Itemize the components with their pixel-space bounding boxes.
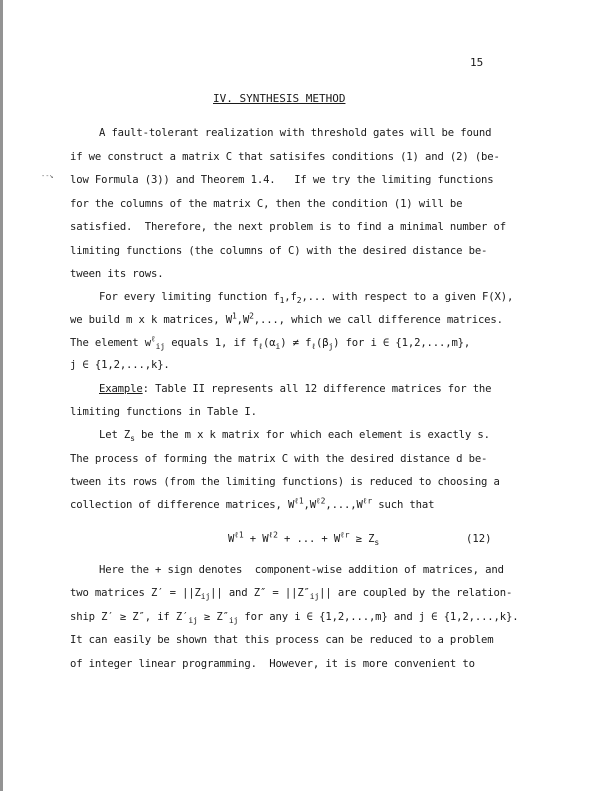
p1-line: if we construct a matrix C that satisife… xyxy=(70,151,500,163)
margin-arrow-mark: --↘ xyxy=(41,172,54,180)
example-line-2: limiting functions in Table I. xyxy=(70,406,257,418)
p2-line-2: we build m x k matrices, W1,W2,..., whic… xyxy=(70,314,503,326)
p1-line: limiting functions (the columns of C) wi… xyxy=(70,245,487,257)
p2-line-3: The element wℓij equals 1, if fℓ(αi) ≠ f… xyxy=(70,337,470,349)
p5-line-3: ship Z′ ≥ Z″, if Z′ij ≥ Z″ij for any i ∈… xyxy=(70,611,518,623)
equation-12: Wℓ1 + Wℓ2 + ... + Wℓr ≥ Zs xyxy=(228,533,379,545)
p1-line: tween its rows. xyxy=(70,268,163,280)
p4-line-4: collection of difference matrices, Wℓ1,W… xyxy=(70,499,434,511)
p5-line-1: Here the + sign denotes component-wise a… xyxy=(99,564,504,576)
example-label: Example xyxy=(99,383,143,395)
p4-line-3: tween its rows (from the limiting functi… xyxy=(70,476,500,488)
page-number: 15 xyxy=(470,56,483,69)
p1-line: for the columns of the matrix C, then th… xyxy=(70,198,462,210)
scan-edge xyxy=(0,0,3,791)
p4-line-2: The process of forming the matrix C with… xyxy=(70,453,487,465)
p5-line-4: It can easily be shown that this process… xyxy=(70,634,494,646)
example-line: Example: Table II represents all 12 diff… xyxy=(99,383,491,395)
p1-line: low Formula (3)) and Theorem 1.4. If we … xyxy=(70,174,494,186)
p1-line: A fault-tolerant realization with thresh… xyxy=(99,127,491,139)
p5-line-5: of integer linear programming. However, … xyxy=(70,658,475,670)
p2-line-4: j ∈ {1,2,...,k}. xyxy=(70,359,170,371)
section-heading: IV. SYNTHESIS METHOD xyxy=(213,92,345,105)
p2-line-1: For every limiting function f1,f2,... wi… xyxy=(99,291,513,303)
p4-line-1: Let Zs be the m x k matrix for which eac… xyxy=(99,429,490,441)
p1-line: satisfied. Therefore, the next problem i… xyxy=(70,221,506,233)
equation-number: (12) xyxy=(466,533,492,545)
p5-line-2: two matrices Z′ = ||Zij|| and Z″ = ||Z″i… xyxy=(70,587,512,599)
